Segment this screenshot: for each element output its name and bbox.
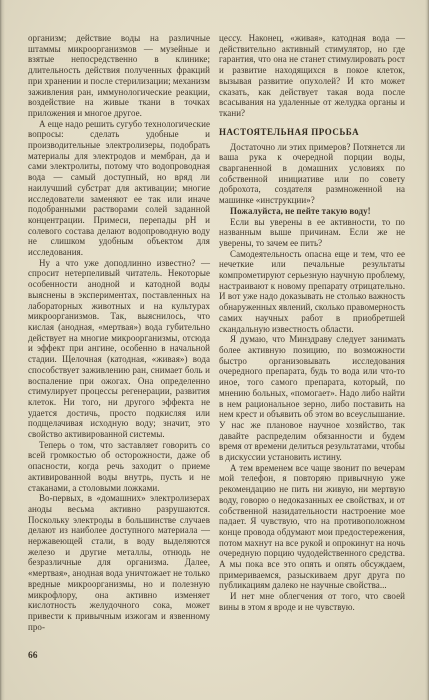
page-number: 66 bbox=[28, 651, 38, 661]
paragraph-continuation: организм; действие воды на различные шта… bbox=[28, 33, 210, 119]
text-columns: организм; действие воды на различные шта… bbox=[28, 33, 405, 632]
paragraph-emphasis: Пожалуйста, не пейте такую воду! bbox=[219, 206, 405, 217]
left-column: организм; действие воды на различные шта… bbox=[28, 33, 210, 632]
scan-edge-right bbox=[425, 0, 429, 700]
paragraph: Теперь о том, что заставляет говорить со… bbox=[28, 440, 210, 494]
paragraph: Самодеятельность опасна еще и тем, что е… bbox=[219, 249, 405, 335]
paragraph: Достаточно ли этих примеров? Потянется л… bbox=[219, 142, 405, 206]
paragraph: Ну а что уже доподлинно известно? — спро… bbox=[28, 258, 210, 440]
paragraph: Если вы уверены в ее активности, то по н… bbox=[219, 217, 405, 249]
section-heading: НАСТОЯТЕЛЬНАЯ ПРОСЬБА bbox=[219, 127, 405, 138]
paragraph: И нет мне облегчения от того, что своей … bbox=[219, 591, 405, 612]
paragraph: А тем временем все чаще звонит по вечера… bbox=[219, 463, 405, 591]
paragraph-continuation: цессу. Наконец, «живая», катодная вода —… bbox=[219, 33, 405, 119]
scan-edge-left bbox=[0, 0, 5, 700]
paragraph: Я думаю, что Минздраву следует занимать … bbox=[219, 334, 405, 462]
right-column: цессу. Наконец, «живая», катодная вода —… bbox=[219, 33, 405, 632]
paragraph: Во-первых, в «домашних» электролизерах а… bbox=[28, 493, 210, 632]
paragraph: А еще надо решить сугубо технологические… bbox=[28, 119, 210, 258]
book-page: организм; действие воды на различные шта… bbox=[0, 0, 429, 700]
